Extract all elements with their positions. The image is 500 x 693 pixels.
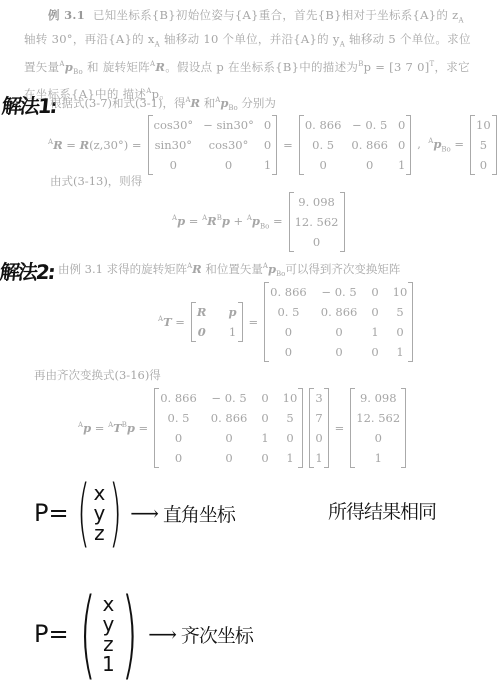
problem-statement: 例 3.1 已知坐标系{B}初始位姿与{A}重合，首先{B}相对于坐标系{A}的…: [24, 6, 479, 104]
method2-result-vector: 9. 09812. 56201: [350, 388, 406, 468]
eq1-lhs: AR = R(z,30°) =: [48, 138, 142, 152]
method1-result-vector: 9. 09812. 5620: [289, 192, 345, 252]
method2-result-equation: Ap = ATBp = 0. 866− 0. 5010 0. 50. 86605…: [78, 388, 406, 468]
method2-handwritten-label: 解法2:: [0, 256, 55, 285]
homogeneous-label: 齐次坐标: [181, 621, 253, 648]
method1-result-equation: Ap = ARBp + ApBo = 9. 09812. 5620: [172, 192, 345, 252]
method2-result-intro: 再由齐次变换式(3-16)得: [34, 366, 161, 385]
cartesian-label: 直角坐标: [163, 500, 235, 527]
conclusion-note: 所得结果相同: [328, 497, 436, 524]
problem-number: 例 3.1: [48, 8, 85, 22]
method2-intro: 由例 3.1 求得的旋转矩阵AR 和位置矢量ApBo可以得到齐次变换矩阵: [58, 257, 400, 284]
position-vector: 1050: [470, 115, 497, 175]
method2-transform-matrix: 0. 866− 0. 5010 0. 50. 86605 0010 0001: [154, 388, 303, 468]
arrow-icon: ⟶: [148, 622, 177, 646]
method1-rotation-equation: AR = R(z,30°) = cos30°− sin30°0 sin30°co…: [48, 115, 497, 175]
method1-result-intro: 由式(3-13)，则得: [50, 172, 142, 191]
cartesian-note: P= ( xyz ) ⟶ 直角坐标: [34, 470, 235, 556]
homogeneous-note: P= ( xyz1 ) ⟶ 齐次坐标: [34, 578, 253, 690]
right-paren: ): [109, 470, 122, 556]
right-paren: ): [121, 578, 138, 690]
cartesian-vector: xyz: [93, 483, 105, 543]
rotation-matrix-symbolic: cos30°− sin30°0 sin30°cos30°0 001: [148, 115, 278, 175]
p-label: P=: [34, 499, 69, 527]
arrow-icon: ⟶: [130, 501, 159, 525]
left-paren: (: [79, 578, 96, 690]
p-label: P=: [34, 620, 69, 648]
bp-vector: 3701: [309, 388, 328, 468]
homogeneous-vector: xyz1: [102, 594, 115, 674]
transform-matrix-numeric: 0. 866− 0. 5010 0. 50. 86605 0010 0001: [264, 282, 413, 362]
homogeneous-transform-equation: AT = Rp 01 = 0. 866− 0. 5010 0. 50. 8660…: [158, 282, 413, 362]
left-paren: (: [77, 470, 90, 556]
transform-block-matrix: Rp 01: [191, 302, 243, 342]
rotation-matrix-numeric: 0. 866− 0. 50 0. 50. 8660 001: [299, 115, 411, 175]
